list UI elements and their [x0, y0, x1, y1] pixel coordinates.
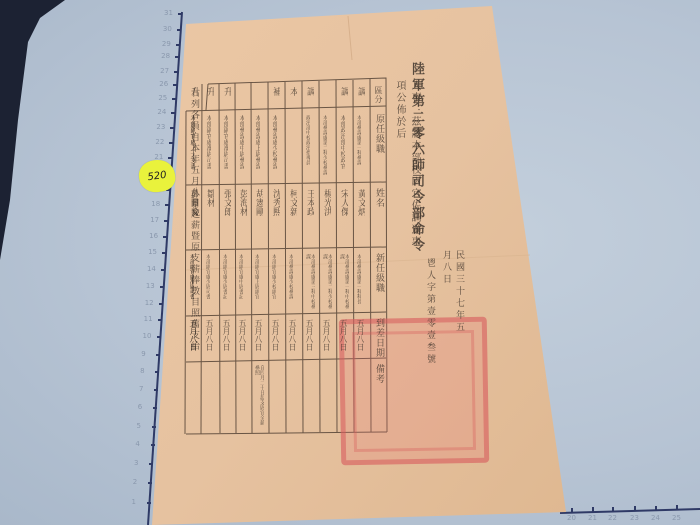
table-cell-date: 五月八日 — [271, 319, 279, 357]
table-cell-name: 楊光洪 — [322, 189, 331, 246]
table-cell-date: 五月八日 — [305, 319, 313, 357]
table-cell-name: 張文郎 — [222, 189, 231, 246]
table-cell-date: 五月八日 — [288, 319, 296, 357]
table-cell-new: 本部參謀處第三科中校參謀 — [305, 254, 315, 311]
table-cell-type: 調 — [305, 87, 314, 107]
table-cell-new: 本部參謀處少校參謀 — [288, 254, 293, 311]
table-row-label: 備考 — [374, 364, 383, 432]
table-cell-orig: 本部副官處准尉司書 — [205, 115, 211, 181]
table-row-label: 姓名 — [374, 188, 383, 249]
order-subject: 人事：茲將本部校尉官佐調遷事項公佈於后 — [392, 80, 422, 250]
table-cell-name: 王本政 — [305, 189, 314, 246]
table-cell-type: 調 — [356, 87, 365, 107]
table-cell-new: 本部參謀處第一科科長 — [356, 254, 361, 311]
table-cell-orig: 本部副官處准尉司書 — [222, 115, 228, 181]
table-row-label: 到差日期 — [374, 318, 383, 360]
table-cell-name: 沈秀熙 — [271, 189, 280, 246]
table-cell-orig: 本部參謀處少校參謀 — [271, 115, 277, 181]
table-row-label: 原任級職 — [374, 114, 383, 184]
table-cell-new: 本部參謀處第二科少校參謀 — [322, 254, 332, 311]
table-cell-date: 五月八日 — [339, 319, 347, 357]
table-cell-orig: 本部參謀處上尉參謀 — [254, 115, 260, 181]
table-cell-date: 五月八日 — [254, 319, 262, 357]
table-cell-orig: 本部政治部中校政官 — [339, 115, 345, 181]
photo-scene: 3130292827262524232221201918171615141312… — [0, 0, 700, 525]
table-cell-new: 本部副官處准尉司書 — [189, 254, 194, 311]
table-cell-type: 補 — [271, 87, 280, 107]
table-cell-name: 鄒林 — [205, 189, 214, 246]
table-cell-new: 本部副官處少尉司書 — [205, 254, 210, 311]
table-cell-new: 本部參謀處第一科中校參謀 — [339, 254, 349, 311]
table-cell-date: 五月八日 — [322, 319, 330, 357]
table-cell-name: 黃文炳 — [356, 189, 365, 246]
table-row-label: 新任級職 — [374, 253, 383, 314]
table-cell-name: 武景文 — [189, 189, 198, 246]
table-cell-orig: 本部副官處上士文書 — [189, 115, 195, 181]
table-cell-type: 調 — [339, 87, 348, 107]
table-cell-new: 本部副官處少校副官 — [271, 254, 276, 311]
table-cell-remark: 自四月二十日起支尉官全薪參照 — [254, 365, 264, 429]
date-line: 民國三十七年五月八日 — [440, 250, 466, 340]
table-cell-type: 本 — [288, 87, 297, 107]
seal-inner-border — [352, 330, 476, 452]
table-cell-new: 本部副官處少尉書記 — [222, 254, 227, 311]
table-cell-date: 五月八日 — [222, 319, 230, 357]
table-cell-name: 彭海林 — [238, 189, 247, 246]
table-cell-name: 胡憲剛 — [254, 189, 263, 246]
table-cell-name: 宋人傑 — [339, 189, 348, 246]
sticker-label: 520 — [147, 169, 167, 183]
table-cell-new: 本部副官處上尉副官 — [254, 254, 259, 311]
table-row-label: 區分 — [374, 86, 382, 110]
table-cell-date: 五月八日 — [205, 319, 213, 357]
table-cell-date: 五月八日 — [189, 319, 197, 357]
table-cell-date: 五月八日 — [356, 319, 364, 357]
table-cell-date: 五月八日 — [238, 319, 246, 357]
table-cell-orig: 本部參謀處第二科少校參謀 — [322, 115, 327, 181]
table-cell-type: 升 — [189, 87, 198, 107]
table-cell-type: 升 — [222, 87, 231, 107]
table-cell-name: 柯文新 — [288, 189, 297, 246]
table-cell-orig: 政治部中校政治指導員 — [305, 115, 310, 181]
table-cell-orig: 本部參謀處中尉參謀 — [238, 115, 244, 181]
table-cell-type: 升 — [205, 87, 214, 107]
number-line: 鬯人字第壹零壹叁號 — [424, 258, 437, 388]
table-cell-orig: 本部參謀處第一科參謀 — [356, 115, 361, 181]
table-cell-new: 本部副官處中尉書記 — [238, 254, 243, 311]
